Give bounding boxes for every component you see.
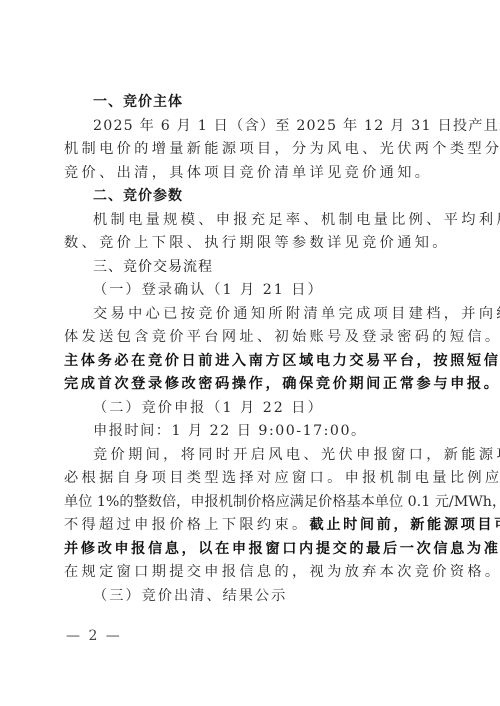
paragraph-line: 并修改申报信息，以在申报窗口内提交的最后一次信息为准。未	[64, 538, 438, 562]
normal-text: 不得超过申报价格上下限约束。	[64, 517, 310, 533]
page-number: — 2 —	[66, 628, 122, 644]
bold-paragraph-line: 主体务必在竞价日前进入南方区域电力交易平台，按照短信内容	[64, 350, 438, 374]
paragraph-line: 2025 年 6 月 1 日（含）至 2025 年 12 月 31 日投产且未纳…	[64, 115, 438, 139]
paragraph-line: 申报时间：1 月 22 日 9:00-17:00。	[64, 420, 438, 444]
paragraph-line: 竞价、出清，具体项目竞价清单详见竞价通知。	[64, 162, 438, 186]
subsection-heading-1: （一）登录确认（1 月 21 日）	[64, 279, 438, 303]
paragraph-line: 机制电价的增量新能源项目，分为风电、光伏两个类型分别组织	[64, 138, 438, 162]
bold-paragraph-line: 完成首次登录修改密码操作，确保竞价期间正常参与申报。	[64, 373, 438, 397]
section-heading-1: 一、竞价主体	[64, 91, 438, 115]
section-heading-3: 三、竞价交易流程	[64, 256, 438, 280]
paragraph-line: 交易中心已按竞价通知所附清单完成项目建档，并向经营主	[64, 303, 438, 327]
normal-text: 体发送包含竞价平台网址、初始账号及登录密码的短信。	[64, 329, 500, 345]
paragraph-line: 竞价期间，将同时开启风电、光伏申报窗口，新能源项目务	[64, 444, 438, 468]
paragraph-line: 数、竞价上下限、执行期限等参数详见竞价通知。	[64, 232, 438, 256]
subsection-heading-3: （三）竞价出清、结果公示	[64, 585, 438, 609]
section-heading-2: 二、竞价参数	[64, 185, 438, 209]
paragraph-line: 必根据自身项目类型选择对应窗口。申报机制电量比例应为基本	[64, 467, 438, 491]
document-page: 一、竞价主体 2025 年 6 月 1 日（含）至 2025 年 12 月 31…	[64, 91, 438, 608]
subsection-heading-2: （二）竞价申报（1 月 22 日）	[64, 397, 438, 421]
paragraph-line: 单位 1%的整数倍，申报机制价格应满足价格基本单位 0.1 元/MWh，	[64, 491, 438, 515]
paragraph-line: 不得超过申报价格上下限约束。截止时间前，新能源项目可撤回	[64, 514, 438, 538]
bold-text: 并修改申报信息，以在申报窗口内提交的最后一次信息为准。	[64, 541, 500, 557]
bold-text: 截止时间前，新能源项目可撤回	[310, 517, 500, 533]
paragraph-line: 在规定窗口期提交申报信息的，视为放弃本次竞价资格。	[64, 561, 438, 585]
paragraph-line: 体发送包含竞价平台网址、初始账号及登录密码的短信。各经营	[64, 326, 438, 350]
paragraph-line: 机制电量规模、申报充足率、机制电量比例、平均利用小时	[64, 209, 438, 233]
